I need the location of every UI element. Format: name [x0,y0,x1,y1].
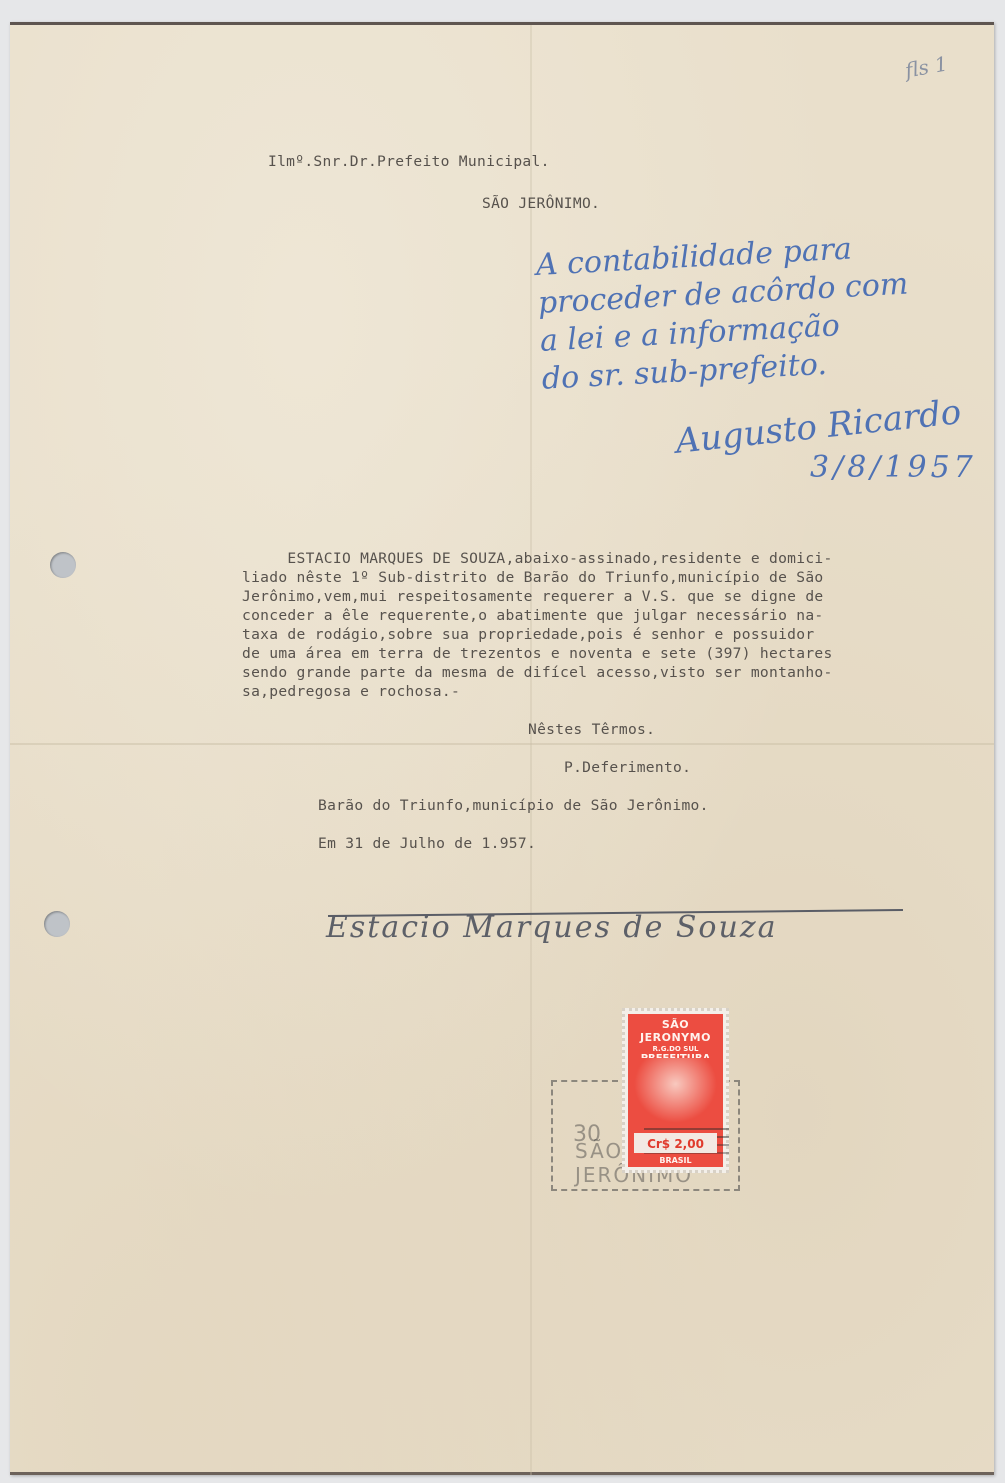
stamp-title: SÃO JERONYMO [628,1018,723,1044]
vertical-fold-crease [530,25,532,1475]
stamp-cattle-scene-icon [634,1058,717,1123]
closing-date: Em 31 de Julho de 1.957. [318,835,536,852]
dispatch-date: 3/8/1957 [810,450,977,485]
addressee-city: SÃO JERÔNIMO. [482,195,600,212]
stamp-country: BRASIL [628,1156,723,1165]
revenue-stamp: SÃO JERONYMO R.G.DO SUL PREFEITURA Cr$ 2… [622,1008,729,1173]
closing-terms: Nêstes Têrmos. [528,721,655,738]
dispatch-note: A contabilidade para proceder de acôrdo … [535,228,913,399]
folio-mark: fls 1 [903,51,949,82]
cancellation-lines [644,1128,729,1130]
closing-place: Barão do Triunfo,município de São Jerôni… [318,797,709,814]
stamp-value: Cr$ 2,00 [647,1137,704,1151]
request-body: ESTACIO MARQUES DE SOUZA,abaixo-assinado… [242,549,833,701]
document-page: fls 1 Ilmº.Snr.Dr.Prefeito Municipal. SÃ… [10,22,994,1475]
closing-deferment: P.Deferimento. [564,759,691,776]
horizontal-fold-crease [10,743,994,745]
stamp-value-box: Cr$ 2,00 [634,1133,717,1153]
punch-hole-icon [50,552,76,578]
addressee-line: Ilmº.Snr.Dr.Prefeito Municipal. [268,153,550,170]
stamp-body: SÃO JERONYMO R.G.DO SUL PREFEITURA Cr$ 2… [628,1014,723,1167]
stamp-subtitle: R.G.DO SUL [628,1045,723,1053]
punch-hole-icon [44,911,70,937]
